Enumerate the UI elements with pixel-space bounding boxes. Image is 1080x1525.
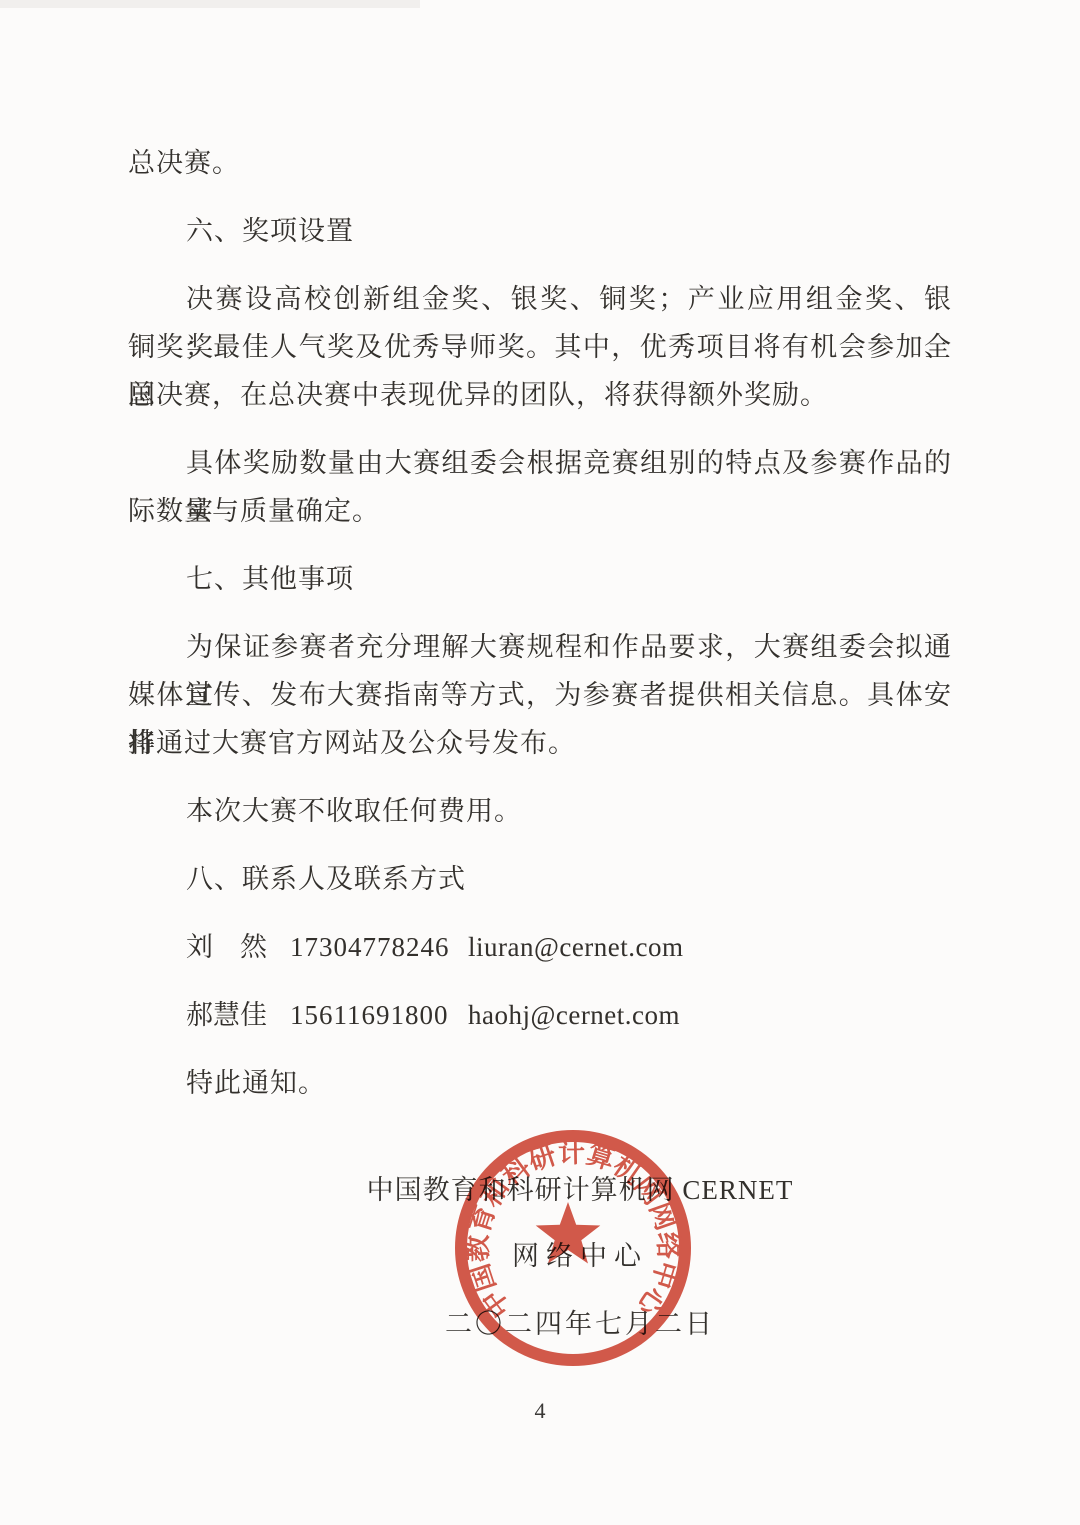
seal-ring-text: 中国教育和科研计算机网网络中心 (463, 1138, 683, 1324)
section-heading: 六、奖项设置 (128, 207, 952, 255)
signature-dept: 网络中心 (300, 1236, 860, 1276)
contact-row: 刘 然 17304778246 liuran@cernet.com (128, 923, 952, 971)
paragraph-line: 总决赛。 (128, 139, 952, 187)
page-number: 4 (0, 1398, 1080, 1424)
contact-row: 郝慧佳 15611691800 haohj@cernet.com (128, 991, 952, 1039)
section-heading: 七、其他事项 (128, 555, 952, 603)
paragraph-line: 将通过大赛官方网站及公众号发布。 (128, 719, 952, 767)
contact-email: liuran@cernet.com (468, 923, 684, 971)
signature-date: 二〇二四年七月二日 (300, 1304, 860, 1344)
contact-name: 刘 然 (186, 923, 290, 971)
paragraph-line: 具体奖励数量由大赛组委会根据竞赛组别的特点及参赛作品的实 (128, 439, 952, 487)
section-heading: 八、联系人及联系方式 (128, 855, 952, 903)
closing-line: 特此通知。 (128, 1059, 952, 1107)
contact-phone: 15611691800 (290, 991, 468, 1039)
paragraph-line: 本次大赛不收取任何费用。 (128, 787, 952, 835)
paragraph-line: 决赛设高校创新组金奖、银奖、铜奖；产业应用组金奖、银奖、 (128, 275, 952, 323)
document-page: 总决赛。 六、奖项设置 决赛设高校创新组金奖、银奖、铜奖；产业应用组金奖、银奖、… (0, 0, 1080, 1525)
signature-org: 中国教育和科研计算机网 CERNET (300, 1170, 860, 1210)
contact-phone: 17304778246 (290, 923, 468, 971)
paragraph-line: 为保证参赛者充分理解大赛规程和作品要求，大赛组委会拟通过 (128, 623, 952, 671)
paragraph-line: 媒体宣传、发布大赛指南等方式，为参赛者提供相关信息。具体安排 (128, 671, 952, 719)
contact-email: haohj@cernet.com (468, 991, 680, 1039)
document-body: 总决赛。 六、奖项设置 决赛设高校创新组金奖、银奖、铜奖；产业应用组金奖、银奖、… (128, 139, 952, 1107)
paragraph-line: 际数量与质量确定。 (128, 487, 952, 535)
contact-name: 郝慧佳 (186, 991, 290, 1039)
svg-text:中国教育和科研计算机网网络中心: 中国教育和科研计算机网网络中心 (463, 1138, 683, 1324)
paragraph-line: 总决赛，在总决赛中表现优异的团队，将获得额外奖励。 (128, 371, 952, 419)
paragraph-line: 铜奖；最佳人气奖及优秀导师奖。其中，优秀项目将有机会参加全国 (128, 323, 952, 371)
